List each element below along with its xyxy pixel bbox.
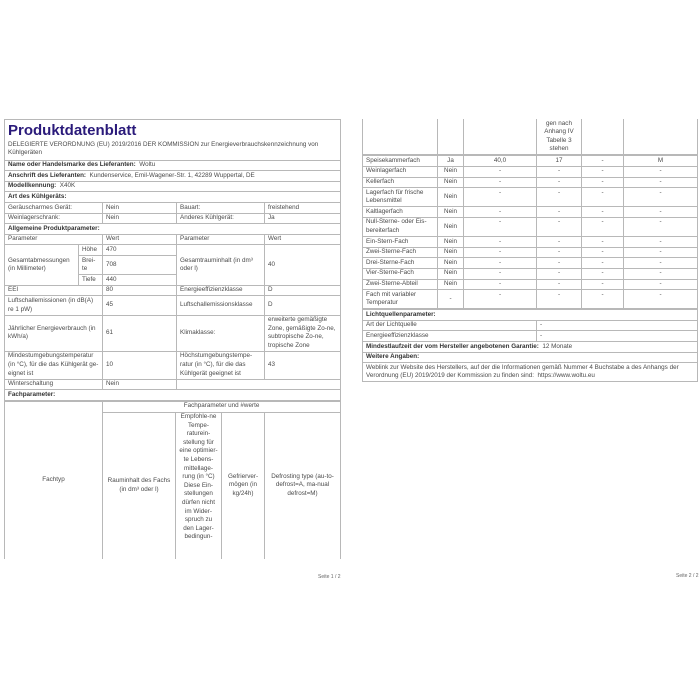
- param-value: 61: [103, 315, 177, 351]
- compartment-defrost-type: -: [624, 279, 698, 290]
- supplier-name: Woltu: [139, 161, 155, 168]
- compartment-temperature: -: [537, 207, 582, 218]
- column-header: Parameter: [5, 234, 103, 245]
- compartment-defrost-type: -: [624, 166, 698, 177]
- compartment-type: Fach mit variabler Temperatur: [363, 290, 438, 309]
- depth-label: Tiefe: [79, 275, 103, 286]
- param-value: 43: [265, 351, 341, 379]
- param-label: Energieeffizienzklasse: [177, 285, 265, 296]
- compartment-temperature: -: [537, 177, 582, 188]
- param-label: Luftschallemissionen (in dB(A) re 1 pW): [5, 296, 103, 315]
- supplier-address-label: Anschrift des Lieferanten:: [8, 172, 86, 179]
- param-value: D: [265, 296, 341, 315]
- compartment-volume: -: [464, 166, 537, 177]
- total-volume-value: 40: [265, 245, 341, 285]
- warranty-row: Mindestlaufzeit der vom Hersteller angeb…: [363, 342, 698, 353]
- compartment-group-header: Fachparameter und #werte: [103, 401, 341, 412]
- compartment-volume: -: [464, 258, 537, 269]
- dimensions-row: Gesamtabmessungen (in Millimeter) Höhe 4…: [5, 245, 341, 256]
- device-type-value: Nein: [103, 213, 177, 224]
- device-type-value: Nein: [103, 203, 177, 214]
- param-label: Luftschallemissionsklasse: [177, 296, 265, 315]
- compartment-temperature: -: [537, 279, 582, 290]
- device-type-heading: Art des Kühlgeräts:: [5, 192, 341, 203]
- compartment-present: -: [438, 290, 464, 309]
- param-value: D: [265, 285, 341, 296]
- compartment-present: Nein: [438, 237, 464, 248]
- compartment-header-table: Fachtyp Fachparameter und #werte Rauminh…: [4, 401, 341, 559]
- general-params-header-row: Parameter Wert Parameter Wert: [5, 234, 341, 245]
- device-type-row: Weinlagerschrank: Nein Anderes Kühlgerät…: [5, 213, 341, 224]
- general-param-row: Winterschaltung Nein: [5, 379, 341, 390]
- compartment-type: Speisekammerfach: [363, 156, 438, 167]
- model-row: Modellkennung: X40K: [5, 181, 341, 192]
- total-volume-label: Gesamtrauminhalt (in dm³ oder l): [177, 245, 265, 285]
- compartment-header-continuation: gen nach Anhang IV Tabelle 3 stehen: [363, 119, 698, 155]
- compartment-row: WeinlagerfachNein----: [363, 166, 698, 177]
- compartment-present: Nein: [438, 217, 464, 236]
- light-source-row: Energieeffizienzklasse -: [363, 331, 698, 342]
- compartment-temperature: -: [537, 166, 582, 177]
- model-label: Modellkennung:: [8, 182, 56, 189]
- compartment-freezing-capacity: -: [582, 237, 624, 248]
- general-param-row: Luftschallemissionen (in dB(A) re 1 pW) …: [5, 296, 341, 315]
- compartment-volume: -: [464, 217, 537, 236]
- light-source-value: -: [537, 320, 698, 331]
- compartment-row: Ein-Stern-FachNein----: [363, 237, 698, 248]
- height-label: Höhe: [79, 245, 103, 256]
- compartment-defrost-type: -: [624, 290, 698, 309]
- param-value: erweiterte gemäßigte Zone, gemäßigte Zo-…: [265, 315, 341, 351]
- general-params-heading: Allgemeine Produktparameter:: [5, 224, 341, 235]
- compartment-defrost-type: -: [624, 247, 698, 258]
- compartment-temperature: -: [537, 268, 582, 279]
- page-number: Seite 1 / 2: [318, 574, 341, 580]
- compartment-defrost-type: -: [624, 177, 698, 188]
- param-label: Jährlicher Energieverbrauch (in kWh/a): [5, 315, 103, 351]
- param-label: Höchstumgebungstempe-ratur (in °C), für …: [177, 351, 265, 379]
- compartment-freezing-capacity: -: [582, 258, 624, 269]
- general-param-row: Jährlicher Energieverbrauch (in kWh/a) 6…: [5, 315, 341, 351]
- page-number: Seite 2 / 2: [676, 573, 699, 579]
- general-param-row: Mindestumgebungstemperatur (in °C), für …: [5, 351, 341, 379]
- compartment-row: Null-Sterne- oder Eis-bereiterfachNein--…: [363, 217, 698, 236]
- param-value: 45: [103, 296, 177, 315]
- param-value: 10: [103, 351, 177, 379]
- compartment-present: Nein: [438, 166, 464, 177]
- compartment-defrost-type: -: [624, 258, 698, 269]
- compartment-freezing-capacity: -: [582, 217, 624, 236]
- compartment-freezing-capacity: -: [582, 279, 624, 290]
- column-header: Wert: [265, 234, 341, 245]
- compartment-type: Kaltlagerfach: [363, 207, 438, 218]
- page-title: Produktdatenblatt: [5, 120, 341, 141]
- param-label: Winterschaltung: [5, 379, 103, 390]
- compartment-freezing-capacity: -: [582, 207, 624, 218]
- light-source-label: Energieeffizienzklasse: [363, 331, 537, 342]
- compartment-defrost-type: -: [624, 268, 698, 279]
- compartment-defrost-type: M: [624, 156, 698, 167]
- compartment-temperature: -: [537, 237, 582, 248]
- compartment-row: Vier-Sterne-FachNein----: [363, 268, 698, 279]
- compartment-row: Zwei-Sterne-AbteilNein----: [363, 279, 698, 290]
- param-label: Mindestumgebungstemperatur (in °C), für …: [5, 351, 103, 379]
- light-source-value: -: [537, 331, 698, 342]
- defrost-type-header: Defrosting type (au-to-defrost=A, ma-nua…: [265, 412, 341, 559]
- warranty-label: Mindestlaufzeit der vom Hersteller angeb…: [366, 343, 539, 350]
- param-label: Klimaklasse:: [177, 315, 265, 351]
- height-value: 470: [103, 245, 177, 256]
- light-source-heading: Lichtquellenparameter:: [363, 310, 698, 321]
- regulation-subtitle: DELEGIERTE VERORDNUNG (EU) 2019/2016 DER…: [5, 140, 341, 160]
- compartment-defrost-type: -: [624, 237, 698, 248]
- temperature-header: Empfohle-ne Tempe-raturein-stellung für …: [176, 412, 222, 559]
- more-info-heading: Weitere Angaben:: [363, 352, 698, 363]
- compartment-present: Nein: [438, 258, 464, 269]
- manufacturer-link[interactable]: https://www.woltu.eu: [538, 372, 595, 379]
- more-info-text: Weblink zur Website des Herstellers, auf…: [366, 364, 679, 380]
- compartment-volume: -: [464, 247, 537, 258]
- freezing-capacity-header: Gefrierver-mögen (in kg/24h): [222, 412, 265, 559]
- depth-value: 440: [103, 275, 177, 286]
- compartment-type: Ein-Stern-Fach: [363, 237, 438, 248]
- temperature-header-continued: gen nach Anhang IV Tabelle 3 stehen: [537, 119, 582, 155]
- compartment-type: Null-Sterne- oder Eis-bereiterfach: [363, 217, 438, 236]
- compartment-present: Nein: [438, 188, 464, 207]
- compartment-rows-table: SpeisekammerfachJa40,017-MWeinlagerfachN…: [362, 155, 698, 309]
- compartment-type: Zwei-Sterne-Abteil: [363, 279, 438, 290]
- compartment-present: Nein: [438, 177, 464, 188]
- compartment-defrost-type: -: [624, 188, 698, 207]
- datasheet-page-1: Produktdatenblatt DELEGIERTE VERORDNUNG …: [4, 119, 340, 559]
- compartment-volume: -: [464, 207, 537, 218]
- width-value: 708: [103, 256, 177, 275]
- compartment-volume: -: [464, 279, 537, 290]
- compartment-temperature: -: [537, 217, 582, 236]
- compartment-present: Nein: [438, 247, 464, 258]
- compartment-type-header: Fachtyp: [5, 401, 103, 559]
- compartment-type: Drei-Sterne-Fach: [363, 258, 438, 269]
- compartment-type: Weinlagerfach: [363, 166, 438, 177]
- compartment-row: KaltlagerfachNein----: [363, 207, 698, 218]
- compartment-type: Vier-Sterne-Fach: [363, 268, 438, 279]
- compartment-volume: 40,0: [464, 156, 537, 167]
- compartment-present: Ja: [438, 156, 464, 167]
- compartment-volume: -: [464, 177, 537, 188]
- compartment-row: KellerfachNein----: [363, 177, 698, 188]
- volume-header: Rauminhalt des Fachs (in dm³ oder l): [103, 412, 176, 559]
- device-type-label: Weinlagerschrank:: [5, 213, 103, 224]
- empty-cell: [177, 379, 341, 390]
- param-label: EEI: [5, 285, 103, 296]
- light-source-table: Lichtquellenparameter: Art der Lichtquel…: [362, 309, 698, 382]
- compartment-freezing-capacity: -: [582, 188, 624, 207]
- compartment-type: Kellerfach: [363, 177, 438, 188]
- light-source-row: Art der Lichtquelle -: [363, 320, 698, 331]
- compartment-defrost-type: -: [624, 217, 698, 236]
- compartment-temperature: 17: [537, 156, 582, 167]
- dimensions-label: Gesamtabmessungen (in Millimeter): [5, 245, 79, 285]
- compartment-present: Nein: [438, 207, 464, 218]
- compartment-temperature: -: [537, 290, 582, 309]
- compartment-present: Nein: [438, 268, 464, 279]
- device-type-value: freistehend: [265, 203, 341, 214]
- compartment-freezing-capacity: -: [582, 247, 624, 258]
- compartment-freezing-capacity: -: [582, 177, 624, 188]
- device-type-label: Bauart:: [177, 203, 265, 214]
- supplier-name-label: Name oder Handelsmarke des Lieferanten:: [8, 161, 136, 168]
- light-source-label: Art der Lichtquelle: [363, 320, 537, 331]
- compartment-row: SpeisekammerfachJa40,017-M: [363, 156, 698, 167]
- compartment-defrost-type: -: [624, 207, 698, 218]
- device-type-row: Geräuscharmes Gerät: Nein Bauart: freist…: [5, 203, 341, 214]
- compartment-volume: -: [464, 188, 537, 207]
- supplier-address-row: Anschrift des Lieferanten: Kundenservice…: [5, 171, 341, 182]
- compartment-freezing-capacity: -: [582, 156, 624, 167]
- warranty-value: 12 Monate: [542, 343, 572, 350]
- param-value: 80: [103, 285, 177, 296]
- model-id: X40K: [60, 182, 75, 189]
- param-value: Nein: [103, 379, 177, 390]
- compartment-temperature: -: [537, 188, 582, 207]
- width-label: Brei-te: [79, 256, 103, 275]
- compartment-table: gen nach Anhang IV Tabelle 3 stehen: [362, 119, 698, 155]
- device-type-label: Anderes Kühlgerät:: [177, 213, 265, 224]
- compartment-volume: -: [464, 290, 537, 309]
- datasheet-page-2: gen nach Anhang IV Tabelle 3 stehen Spei…: [362, 119, 697, 382]
- supplier-name-row: Name oder Handelsmarke des Lieferanten: …: [5, 160, 341, 171]
- compartment-row: Fach mit variabler Temperatur-----: [363, 290, 698, 309]
- compartment-freezing-capacity: -: [582, 268, 624, 279]
- compartment-volume: -: [464, 268, 537, 279]
- compartment-type: Lagerfach für frische Lebensmittel: [363, 188, 438, 207]
- general-param-row: EEI 80 Energieeffizienzklasse D: [5, 285, 341, 296]
- compartment-temperature: -: [537, 258, 582, 269]
- compartment-freezing-capacity: -: [582, 290, 624, 309]
- compartment-present: Nein: [438, 279, 464, 290]
- column-header: Parameter: [177, 234, 265, 245]
- device-type-value: Ja: [265, 213, 341, 224]
- column-header: Wert: [103, 234, 177, 245]
- compartment-volume: -: [464, 237, 537, 248]
- compartment-type: Zwei-Sterne-Fach: [363, 247, 438, 258]
- compartment-freezing-capacity: -: [582, 166, 624, 177]
- device-type-label: Geräuscharmes Gerät:: [5, 203, 103, 214]
- compartment-params-heading: Fachparameter:: [5, 390, 341, 401]
- compartment-row: Zwei-Sterne-FachNein----: [363, 247, 698, 258]
- compartment-row: Lagerfach für frische LebensmittelNein--…: [363, 188, 698, 207]
- supplier-address: Kundenservice, Emil-Wagener-Str. 1, 4228…: [90, 172, 255, 179]
- more-info-row: Weblink zur Website des Herstellers, auf…: [363, 363, 698, 382]
- product-info-table: Produktdatenblatt DELEGIERTE VERORDNUNG …: [4, 119, 341, 401]
- compartment-row: Drei-Sterne-FachNein----: [363, 258, 698, 269]
- compartment-temperature: -: [537, 247, 582, 258]
